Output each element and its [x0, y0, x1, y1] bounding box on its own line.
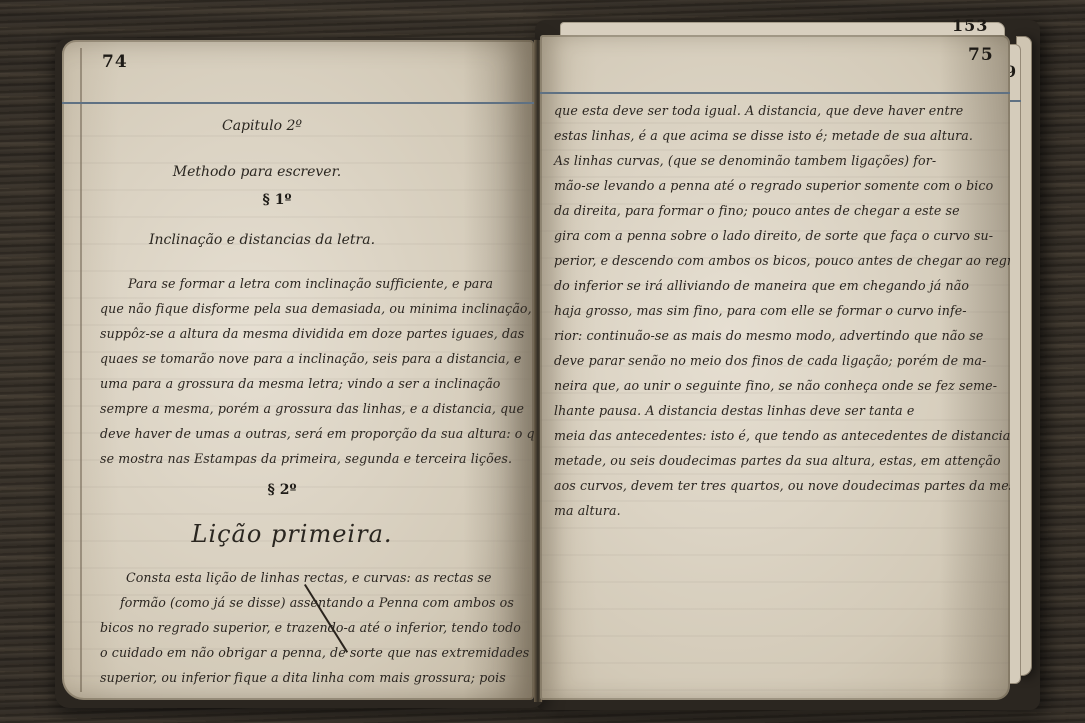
text-line: deve parar senão no meio dos finos de ca… [554, 353, 986, 368]
page-number-right: 75 [968, 45, 994, 65]
text-line: do inferior se irá alliviando de maneira… [554, 278, 969, 293]
underlying-page-number: 153 [952, 16, 988, 35]
text-line: Consta esta lição de linhas rectas, e cu… [126, 570, 492, 585]
text-line: aos curvos, devem ter tres quartos, ou n… [554, 478, 1010, 493]
text-line: rior: continuão-se as mais do mesmo modo… [554, 328, 983, 343]
text-line: Para se formar a letra com inclinação su… [128, 276, 493, 291]
text-line: uma para a grossura da mesma letra; vind… [100, 376, 500, 391]
section-mark-1: § 1º [62, 192, 492, 208]
text-line: perior, e descendo com ambos os bicos, p… [554, 253, 1010, 268]
chapter-subtitle: Methodo para escrever. [62, 164, 452, 180]
text-line: quaes se tomarão nove para a inclinação,… [100, 351, 521, 366]
page-number-left: 74 [102, 52, 128, 72]
right-page: 75 que esta deve ser toda igual. A dista… [540, 35, 1010, 700]
text-line: superior, ou inferior fique a dita linha… [100, 670, 506, 685]
text-line: que não fique disforme pela sua demasiad… [100, 301, 532, 316]
text-line: neira que, ao unir o seguinte fino, se n… [554, 378, 997, 393]
text-line: sempre a mesma, porém a grossura das lin… [100, 401, 524, 416]
text-line: gira com a penna sobre o lado direito, d… [554, 228, 993, 243]
text-line: da direita, para formar o fino; pouco an… [554, 203, 960, 218]
text-line: suppôz-se a altura da mesma dividida em … [100, 326, 524, 341]
text-line: se mostra nas Estampas da primeira, segu… [100, 451, 512, 466]
text-line: ma altura. [554, 503, 621, 518]
text-line: que esta deve ser toda igual. A distanci… [554, 103, 963, 118]
text-line: o cuidado em não obrigar a penna, de sor… [100, 645, 529, 660]
text-line: meia das antecedentes: isto é, que tendo… [554, 428, 1010, 443]
text-line: haja grosso, mas sim fino, para com elle… [554, 303, 967, 318]
chapter-title: Capitulo 2º [62, 118, 462, 134]
lesson-title: Lição primeira. [62, 520, 522, 548]
text-line: As linhas curvas, (que se denominão tamb… [554, 153, 936, 168]
open-notebook: 153 9 74 Capitulo 2º Methodo para escrev… [0, 0, 1085, 723]
section-mark-2: § 2º [62, 482, 502, 498]
text-line: bicos no regrado superior, e trazendo-a … [100, 620, 521, 635]
section-heading-1: Inclinação e distancias da letra. [62, 232, 462, 248]
text-line: lhante pausa. A distancia destas linhas … [554, 403, 914, 418]
left-page: 74 Capitulo 2º Methodo para escrever. § … [62, 40, 534, 700]
blue-header-rule [540, 92, 1010, 94]
text-line: metade, ou seis doudecimas partes da sua… [554, 453, 1001, 468]
text-line: mão-se levando a penna até o regrado sup… [554, 178, 993, 193]
text-line: estas linhas, é a que acima se disse ist… [554, 128, 973, 143]
blue-header-rule [62, 102, 534, 104]
text-line: deve haver de umas a outras, será em pro… [100, 426, 534, 441]
